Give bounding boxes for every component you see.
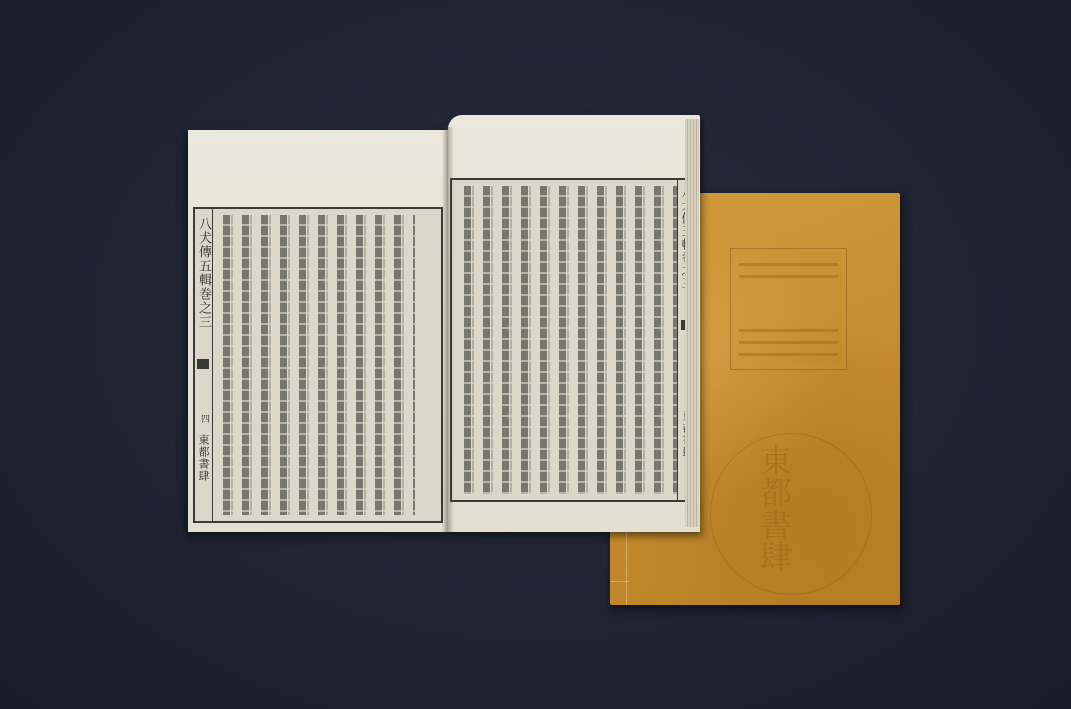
cover-binding-stitch	[610, 581, 630, 582]
left-page-margin-title: 八犬傳五輯巻之三	[195, 217, 211, 329]
open-book: 八犬傳五輯巻之三 四 東都書肆 八犬傳五輯巻之三 東都書肆	[188, 115, 710, 535]
embossed-title-frame	[730, 248, 847, 370]
book-gutter	[442, 127, 454, 532]
left-page-margin-column: 八犬傳五輯巻之三 四 東都書肆	[194, 209, 213, 521]
left-page-body-text	[217, 215, 415, 515]
right-page-body-text	[458, 186, 678, 494]
fold-mark-icon	[197, 359, 209, 369]
photo-scene: 東都書肆 八犬傳五輯巻之三 四 東都書肆 八犬傳五輯巻之三 東都書肆	[0, 0, 1071, 709]
right-page-text-frame: 八犬傳五輯巻之三 東都書肆	[450, 178, 698, 502]
left-page-number: 四	[198, 414, 211, 423]
page-block-edges	[685, 119, 699, 527]
left-page-text-frame: 八犬傳五輯巻之三 四 東都書肆	[193, 207, 443, 523]
left-page: 八犬傳五輯巻之三 四 東都書肆	[188, 130, 448, 532]
embossed-seal-text: 東都書肆	[751, 444, 797, 572]
embossed-seal: 東都書肆	[710, 433, 872, 595]
right-page: 八犬傳五輯巻之三 東都書肆	[448, 115, 700, 532]
left-page-lower-margin: 東都書肆	[195, 434, 211, 482]
